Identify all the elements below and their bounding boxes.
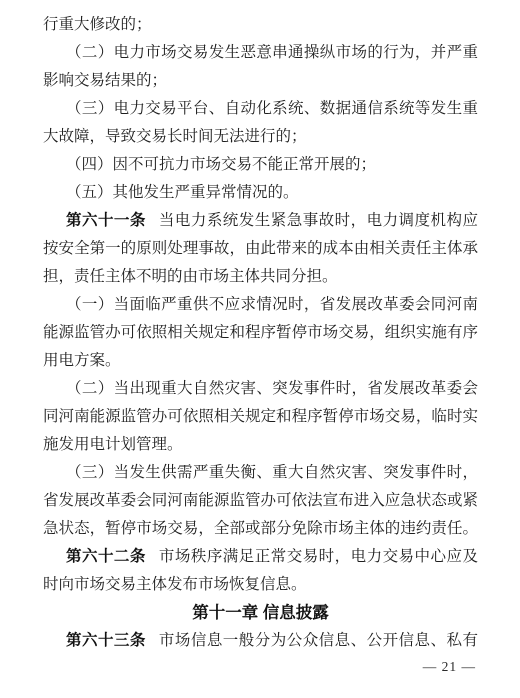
doc-line: 第六十二条市场秩序满足正常交易时，电力交易中心应及 <box>43 543 478 571</box>
line-text: （二）电力市场交易发生恶意串通操纵市场的行为，并严重 <box>66 44 478 61</box>
doc-line: 第六十三条市场信息一般分为公众信息、公开信息、私有 <box>43 627 478 655</box>
doc-line: （一）当面临严重供不应求情况时，省发展改革委会同河南 <box>43 291 478 319</box>
doc-line: （三）电力交易平台、自动化系统、数据通信系统等发生重 <box>43 95 478 123</box>
document-page: 行重大修改的； （二）电力市场交易发生恶意串通操纵市场的行为，并严重 影响交易结… <box>0 0 520 698</box>
line-text: 大故障，导致交易长时间无法进行的； <box>43 128 307 145</box>
line-text: （四）因不可抗力市场交易不能正常开展的； <box>66 156 376 173</box>
line-text: （二）当出现重大自然灾害、突发事件时，省发展改革委会 <box>66 380 478 397</box>
line-text: 急状态，暂停市场交易，全部或部分免除市场主体的违约责任。 <box>43 520 478 537</box>
doc-line: （三）当发生供需严重失衡、重大自然灾害、突发事件时， <box>43 459 478 487</box>
doc-line: 同河南能源监管办可依照相关规定和程序暂停市场交易，临时实 <box>43 403 478 431</box>
doc-line: 用电方案。 <box>43 347 478 375</box>
line-text: 按安全第一的原则处理事故，由此带来的成本由相关责任主体承 <box>43 240 478 257</box>
article-number: 第六十三条 <box>66 632 146 649</box>
line-text: 能源监管办可依照相关规定和程序暂停市场交易，组织实施有序 <box>43 324 478 341</box>
line-text: 施发用电计划管理。 <box>43 436 183 453</box>
page-number: — 21 — <box>43 655 478 679</box>
line-text: 影响交易结果的； <box>43 72 167 89</box>
line-text: 市场信息一般分为公众信息、公开信息、私有 <box>159 632 478 649</box>
line-text: （一）当面临严重供不应求情况时，省发展改革委会同河南 <box>66 296 478 313</box>
doc-line: 省发展改革委会同河南能源监管办可依法宣布进入应急状态或紧 <box>43 487 478 515</box>
doc-line: 影响交易结果的； <box>43 67 478 95</box>
line-text: 同河南能源监管办可依照相关规定和程序暂停市场交易，临时实 <box>43 408 478 425</box>
line-text: 用电方案。 <box>43 352 121 369</box>
doc-line: 行重大修改的； <box>43 11 478 39</box>
doc-line: （二）电力市场交易发生恶意串通操纵市场的行为，并严重 <box>43 39 478 67</box>
line-text: （三）电力交易平台、自动化系统、数据通信系统等发生重 <box>66 100 478 117</box>
line-text: （五）其他发生严重异常情况的。 <box>66 184 299 201</box>
line-text: （三）当发生供需严重失衡、重大自然灾害、突发事件时， <box>66 464 478 481</box>
doc-line: （四）因不可抗力市场交易不能正常开展的； <box>43 151 478 179</box>
doc-line: 急状态，暂停市场交易，全部或部分免除市场主体的违约责任。 <box>43 515 478 543</box>
line-text: 市场秩序满足正常交易时，电力交易中心应及 <box>159 548 478 565</box>
chapter-heading: 第十一章 信息披露 <box>43 599 478 627</box>
line-text: 行重大修改的； <box>43 16 152 33</box>
doc-line: 按安全第一的原则处理事故，由此带来的成本由相关责任主体承 <box>43 235 478 263</box>
line-text: 担，责任主体不明的由市场主体共同分担。 <box>43 268 338 285</box>
doc-line: 施发用电计划管理。 <box>43 431 478 459</box>
line-text: 省发展改革委会同河南能源监管办可依法宣布进入应急状态或紧 <box>43 492 478 509</box>
doc-line: 时向市场交易主体发布市场恢复信息。 <box>43 571 478 599</box>
line-text: 时向市场交易主体发布市场恢复信息。 <box>43 576 307 593</box>
article-number: 第六十一条 <box>66 212 146 229</box>
doc-line: 担，责任主体不明的由市场主体共同分担。 <box>43 263 478 291</box>
doc-line: 第六十一条当电力系统发生紧急事故时，电力调度机构应 <box>43 207 478 235</box>
line-text: 当电力系统发生紧急事故时，电力调度机构应 <box>159 212 478 229</box>
doc-line: （二）当出现重大自然灾害、突发事件时，省发展改革委会 <box>43 375 478 403</box>
doc-line: 能源监管办可依照相关规定和程序暂停市场交易，组织实施有序 <box>43 319 478 347</box>
doc-line: 大故障，导致交易长时间无法进行的； <box>43 123 478 151</box>
doc-line: （五）其他发生严重异常情况的。 <box>43 179 478 207</box>
article-number: 第六十二条 <box>66 548 146 565</box>
